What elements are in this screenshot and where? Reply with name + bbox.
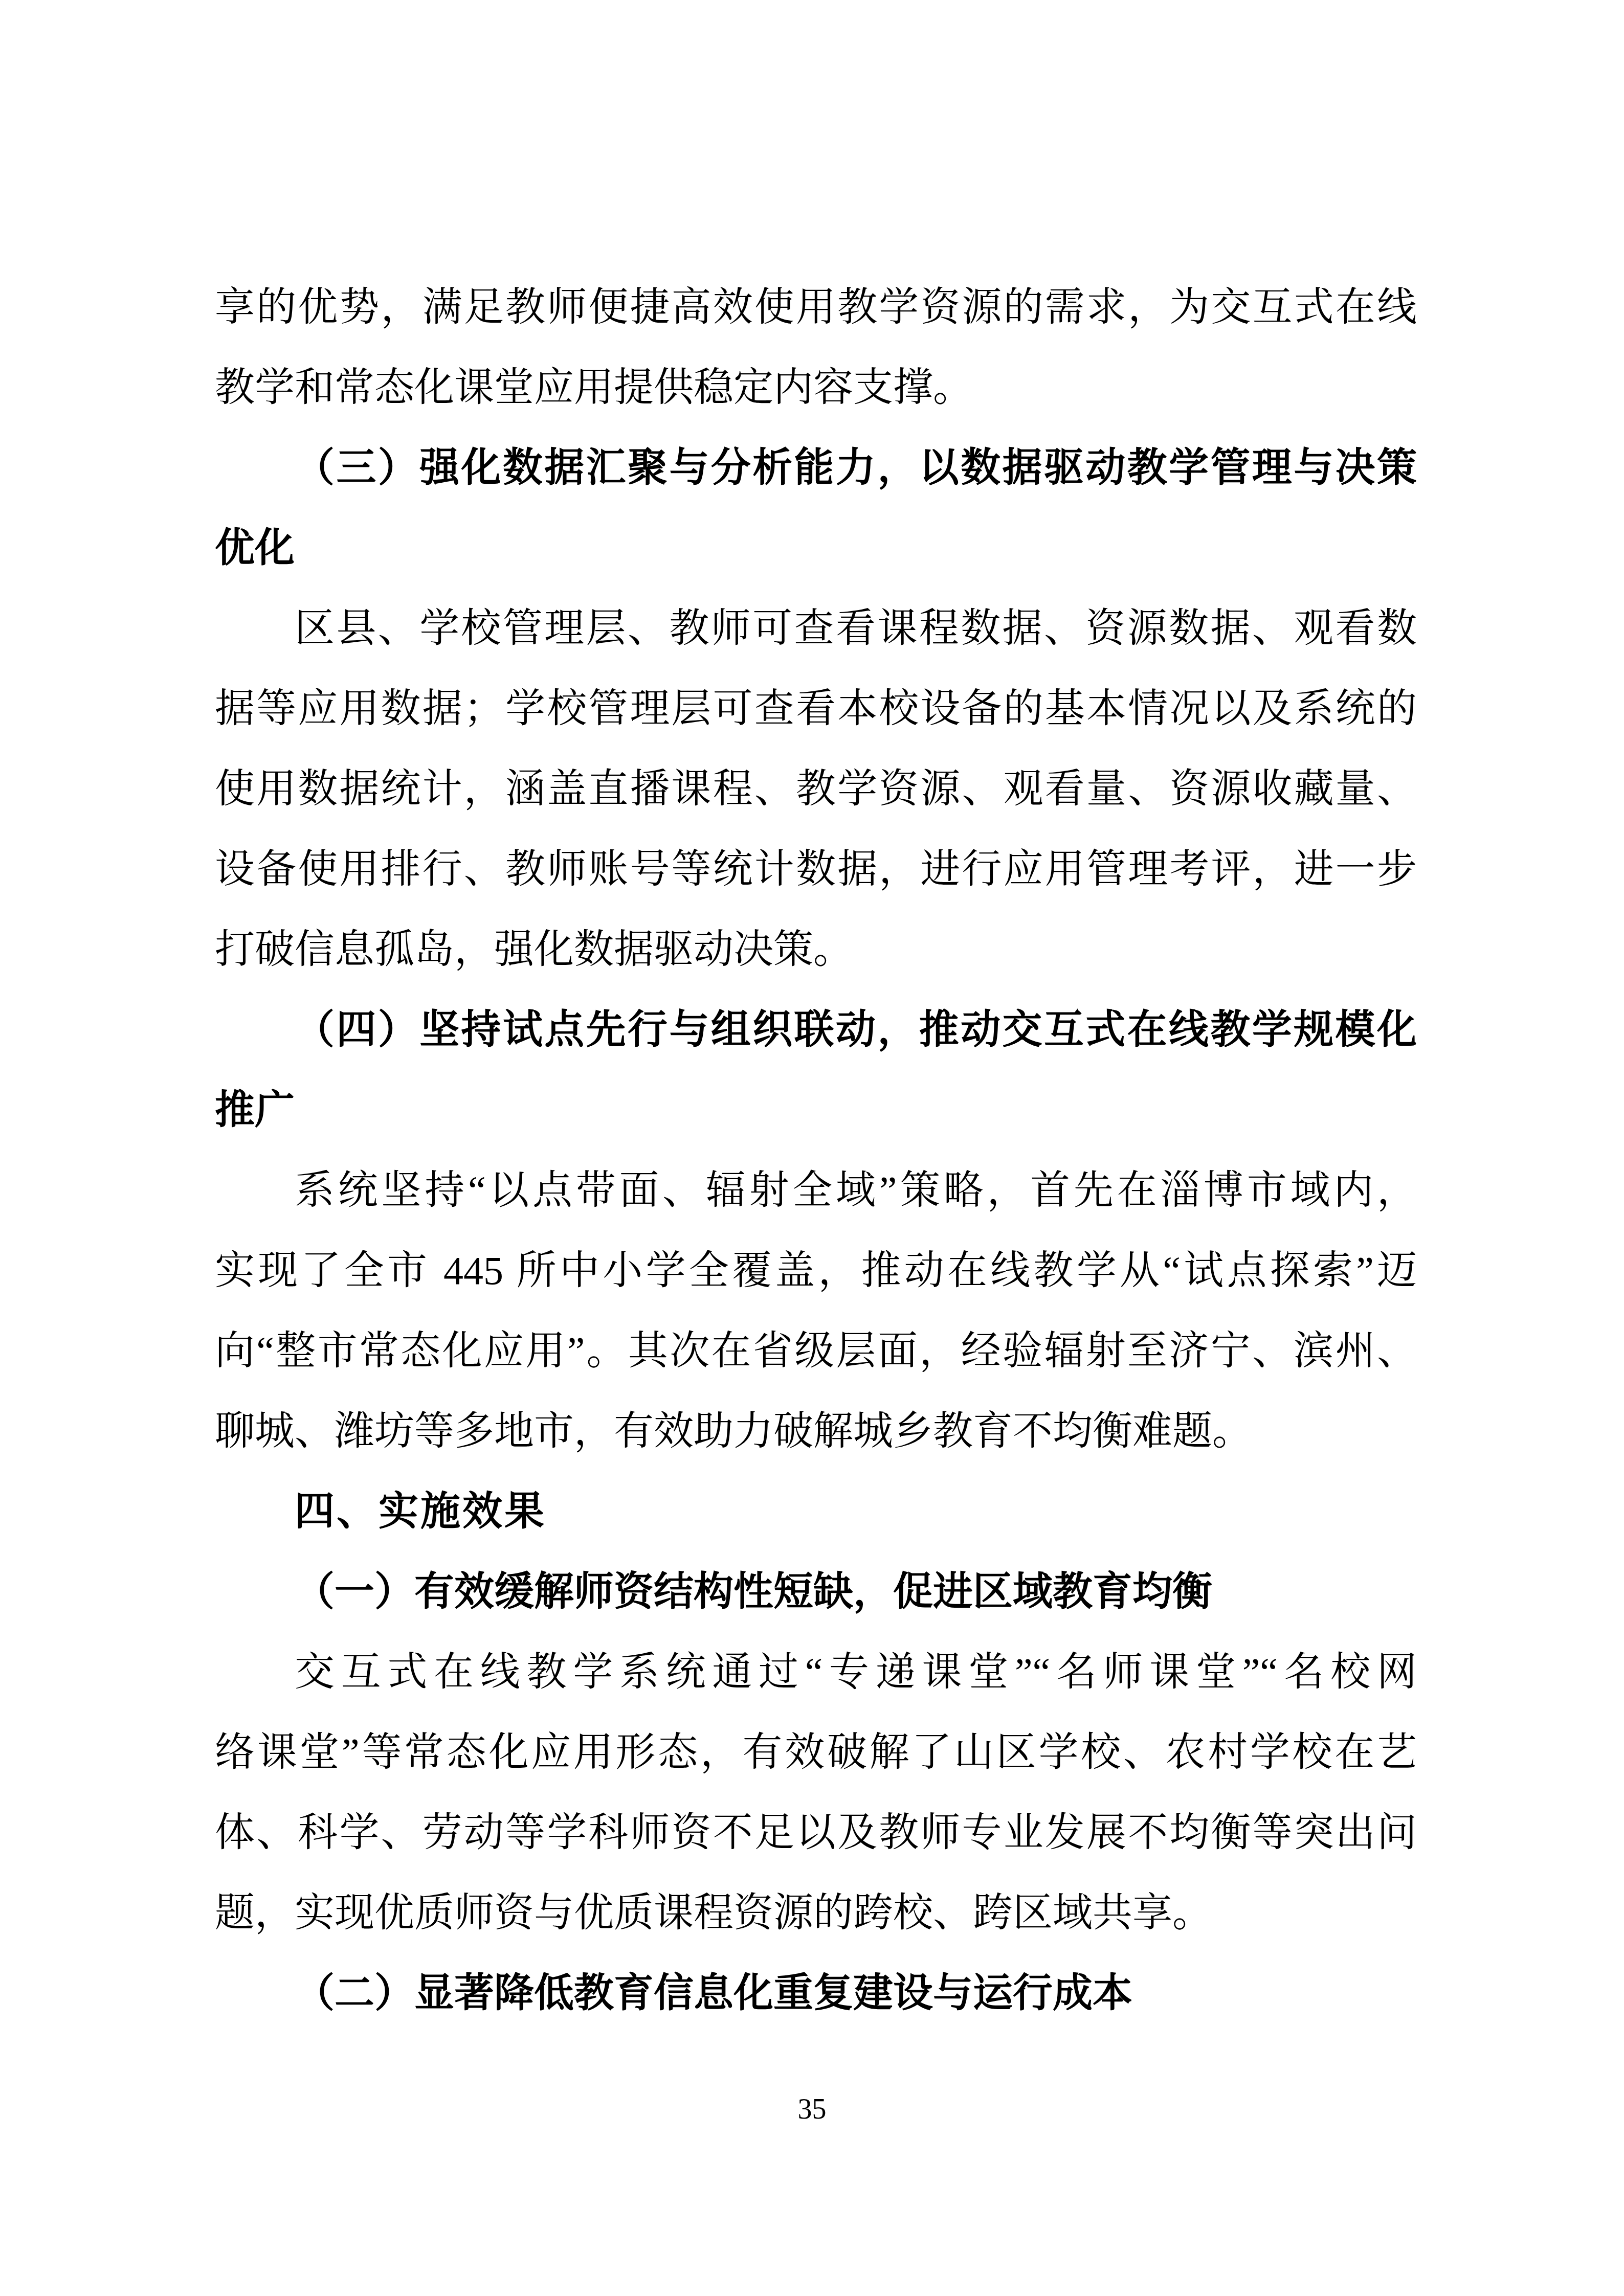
document-page: 享的优势，满足教师便捷高效使用教学资源的需求，为交互式在线教学和常态化课堂应用提… — [0, 0, 1624, 2296]
text-line: 享的优势，满足教师便捷高效使用教学资源的需求，为交互式在线 — [215, 267, 1417, 347]
text-line: 交互式在线教学系统通过“专递课堂”“名师课堂”“名校网 — [215, 1632, 1417, 1712]
document-body: 享的优势，满足教师便捷高效使用教学资源的需求，为交互式在线教学和常态化课堂应用提… — [215, 267, 1417, 2033]
text-line: 实现了全市 445 所中小学全覆盖，推动在线教学从“试点探索”迈 — [215, 1230, 1417, 1311]
text-line: （二）显著降低教育信息化重复建设与运行成本 — [215, 1953, 1417, 2033]
text-line: 区县、学校管理层、教师可查看课程数据、资源数据、观看数 — [215, 588, 1417, 668]
text-line: 设备使用排行、教师账号等统计数据，进行应用管理考评，进一步 — [215, 829, 1417, 909]
text-line: 打破信息孤岛，强化数据驱动决策。 — [215, 909, 1417, 989]
text-line: 教学和常态化课堂应用提供稳定内容支撑。 — [215, 347, 1417, 427]
text-line: 推广 — [215, 1070, 1417, 1150]
text-line: 据等应用数据；学校管理层可查看本校设备的基本情况以及系统的 — [215, 668, 1417, 749]
page-number: 35 — [798, 2094, 827, 2125]
text-line: （一）有效缓解师资结构性短缺，促进区域教育均衡 — [215, 1551, 1417, 1632]
text-line: 四、实施效果 — [215, 1471, 1417, 1551]
text-line: 系统坚持“以点带面、辐射全域”策略，首先在淄博市域内， — [215, 1150, 1417, 1230]
text-line: 体、科学、劳动等学科师资不足以及教师专业发展不均衡等突出问 — [215, 1792, 1417, 1873]
text-line: 题，实现优质师资与优质课程资源的跨校、跨区域共享。 — [215, 1873, 1417, 1953]
page-footer: 35 — [0, 2086, 1624, 2132]
text-line: （四）坚持试点先行与组织联动，推动交互式在线教学规模化 — [215, 989, 1417, 1070]
text-line: （三）强化数据汇聚与分析能力，以数据驱动教学管理与决策 — [215, 427, 1417, 508]
text-line: 使用数据统计，涵盖直播课程、教学资源、观看量、资源收藏量、 — [215, 749, 1417, 829]
text-line: 聊城、潍坊等多地市，有效助力破解城乡教育不均衡难题。 — [215, 1391, 1417, 1471]
text-line: 向“整市常态化应用”。其次在省级层面，经验辐射至济宁、滨州、 — [215, 1311, 1417, 1391]
text-line: 优化 — [215, 508, 1417, 588]
text-line: 络课堂”等常态化应用形态，有效破解了山区学校、农村学校在艺 — [215, 1712, 1417, 1792]
